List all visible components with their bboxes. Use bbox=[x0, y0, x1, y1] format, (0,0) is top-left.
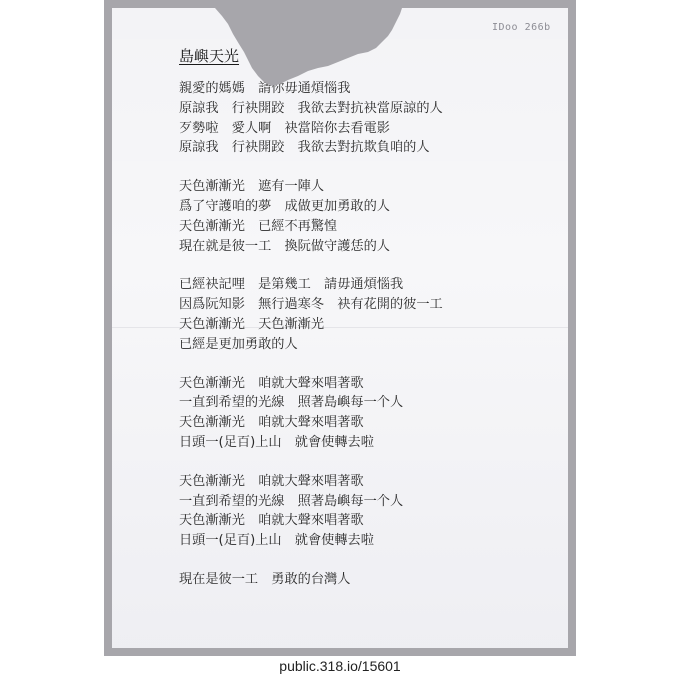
lyric-line: 歹勢啦 愛人啊 袂當陪你去看電影 bbox=[179, 119, 559, 139]
lyric-line: 日頭一(足百)上山 就會使轉去啦 bbox=[179, 433, 559, 453]
lyric-line: 天色漸漸光 咱就大聲來唱著歌 bbox=[179, 374, 559, 394]
lyric-line: 天色漸漸光 遮有一陣人 bbox=[179, 177, 559, 197]
stanza-4: 天色漸漸光 咱就大聲來唱著歌 一直到希望的光線 照著島嶼每一个人 天色漸漸光 咱… bbox=[179, 374, 559, 453]
stanza-5: 天色漸漸光 咱就大聲來唱著歌 一直到希望的光線 照著島嶼每一个人 天色漸漸光 咱… bbox=[179, 472, 559, 551]
lyric-line: 一直到希望的光線 照著島嶼每一个人 bbox=[179, 393, 559, 413]
lyric-line: 天色漸漸光 咱就大聲來唱著歌 bbox=[179, 413, 559, 433]
stanza-2: 天色漸漸光 遮有一陣人 爲了守護咱的夢 成做更加勇敢的人 天色漸漸光 已經不再驚… bbox=[179, 177, 559, 256]
lyric-line: 一直到希望的光線 照著島嶼每一个人 bbox=[179, 492, 559, 512]
stanza-3: 已經袂記哩 是第幾工 請毋通煩惱我 因爲阮知影 無行過寒冬 袂有花開的彼一工 天… bbox=[179, 275, 559, 354]
lyric-line: 已經是更加勇敢的人 bbox=[179, 335, 559, 355]
stanza-6: 現在是彼一工 勇敢的台灣人 bbox=[179, 570, 559, 590]
lyric-line: 現在就是彼一工 換阮做守護恁的人 bbox=[179, 237, 559, 257]
source-caption: public.318.io/15601 bbox=[0, 658, 680, 674]
lyric-line: 現在是彼一工 勇敢的台灣人 bbox=[179, 570, 559, 590]
torn-paper-region bbox=[112, 8, 568, 108]
lyric-line: 原諒我 行袂開跤 我欲去對抗欺負咱的人 bbox=[179, 138, 559, 158]
lyrics-body: 親愛的媽媽 請你毋通煩惱我 原諒我 行袂開跤 我欲去對抗袂當原諒的人 歹勢啦 愛… bbox=[179, 79, 559, 609]
lyric-line: 天色漸漸光 已經不再驚惶 bbox=[179, 217, 559, 237]
lyric-line: 天色漸漸光 咱就大聲來唱著歌 bbox=[179, 472, 559, 492]
lyric-line: 因爲阮知影 無行過寒冬 袂有花開的彼一工 bbox=[179, 295, 559, 315]
lyric-line: 日頭一(足百)上山 就會使轉去啦 bbox=[179, 531, 559, 551]
lyric-line: 天色漸漸光 咱就大聲來唱著歌 bbox=[179, 511, 559, 531]
lyric-line: 已經袂記哩 是第幾工 請毋通煩惱我 bbox=[179, 275, 559, 295]
lyric-line: 天色漸漸光 天色漸漸光 bbox=[179, 315, 559, 335]
lyric-line: 爲了守護咱的夢 成做更加勇敢的人 bbox=[179, 197, 559, 217]
paper-sheet: IDoo 266b 島嶼天光 親愛的媽媽 請你毋通煩惱我 原諒我 行袂開跤 我欲… bbox=[112, 8, 568, 648]
